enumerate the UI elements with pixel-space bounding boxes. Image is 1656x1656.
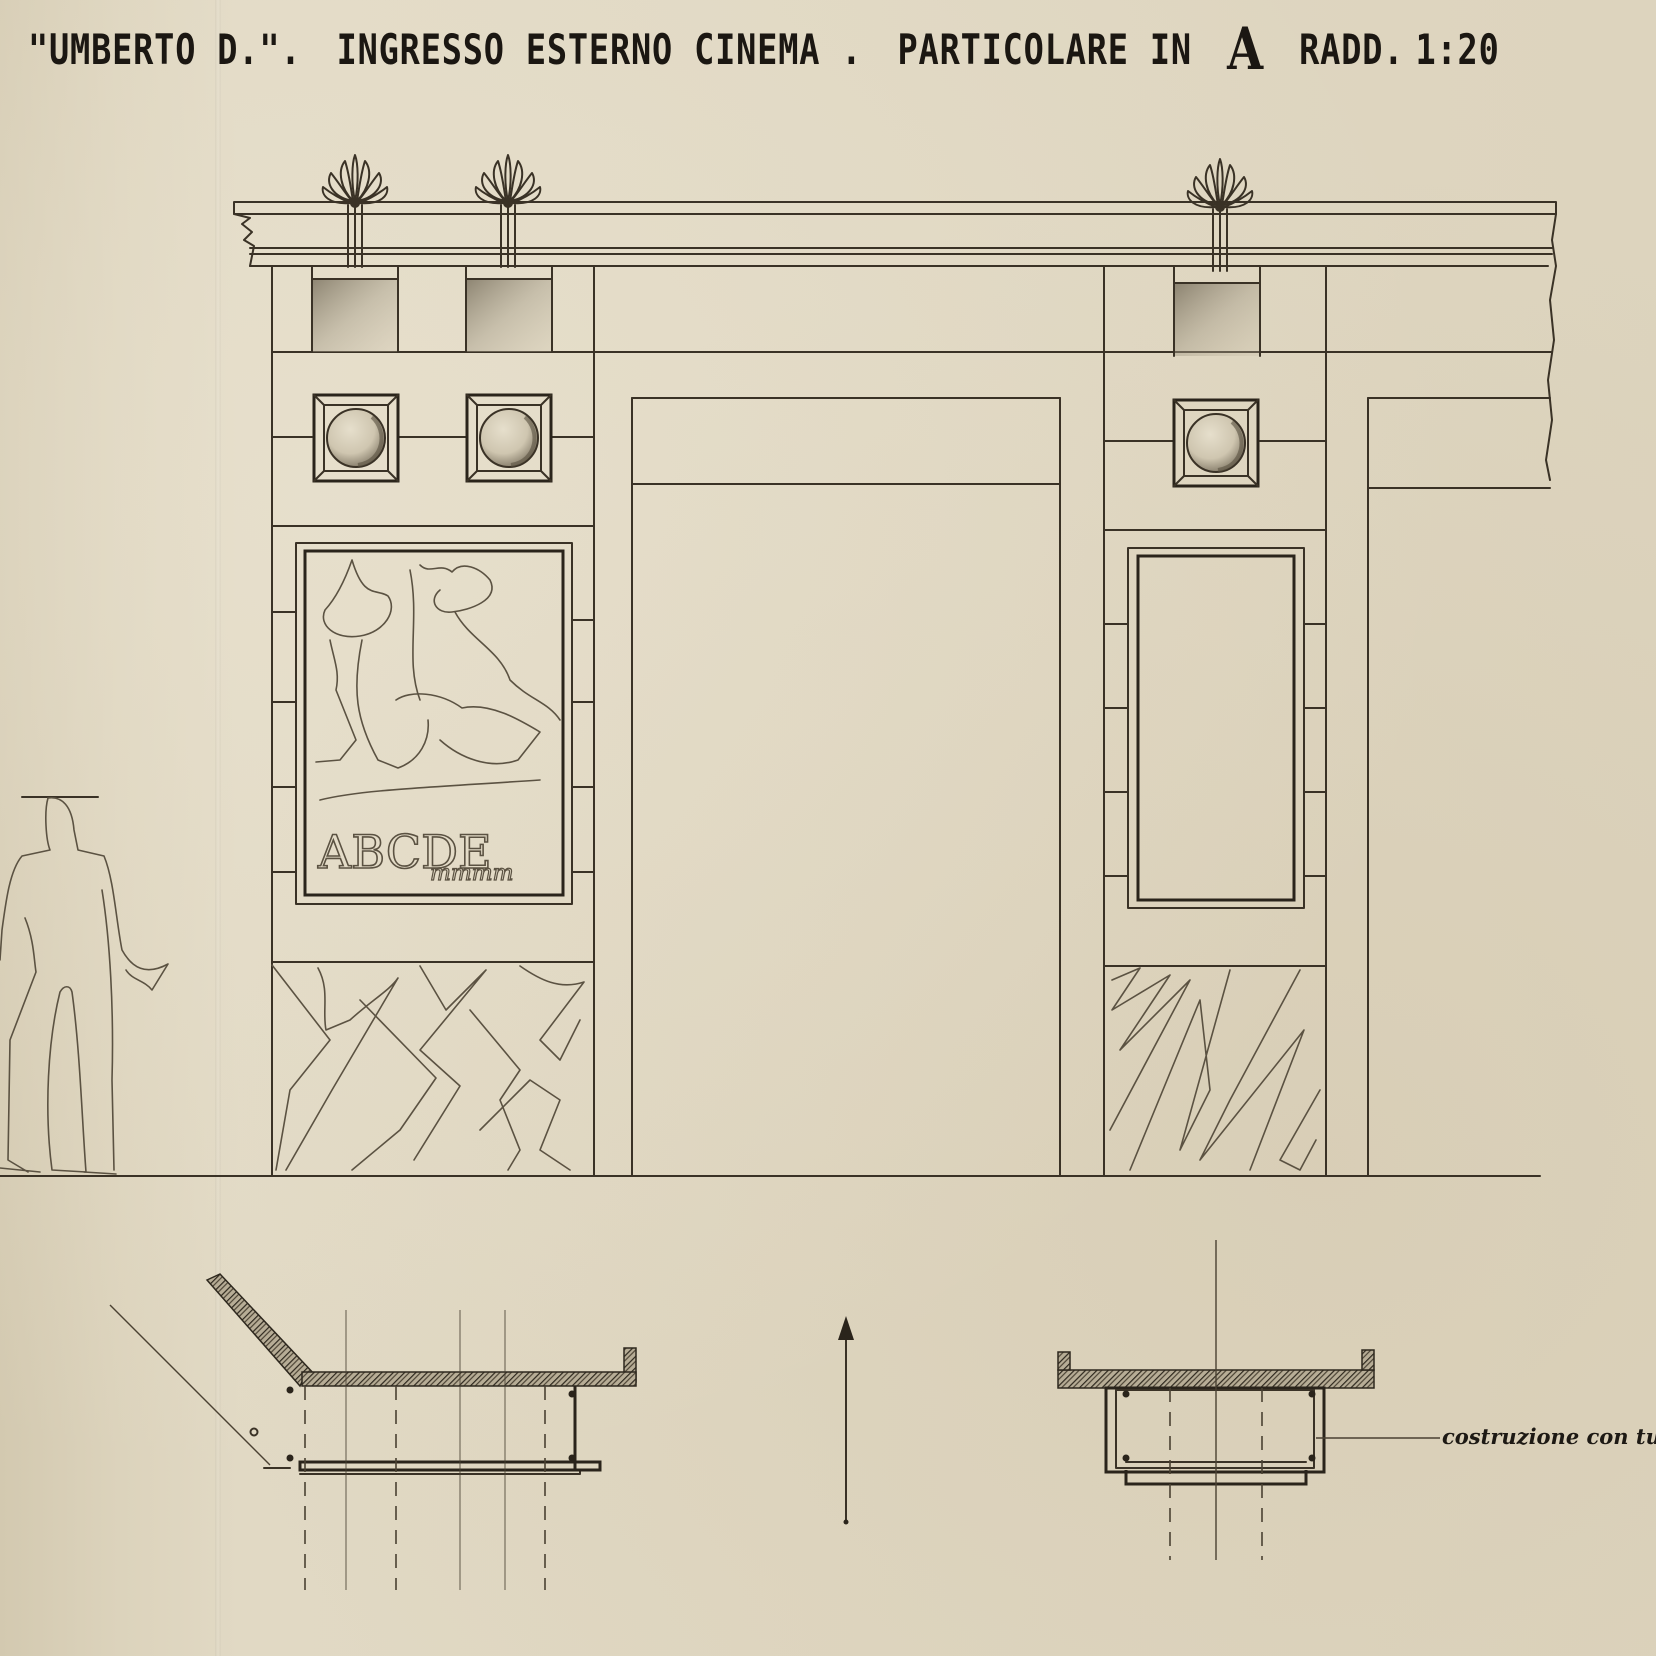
central-door-opening [632,398,1060,1176]
plan-section-right [1058,1240,1440,1560]
right-bay [1368,398,1550,1176]
medallion-icon [1174,400,1258,486]
palmette-finial-icon [323,155,388,267]
drawing-sheet: "UMBERTO D.". INGRESSO ESTERNO CINEMA . … [0,0,1656,1656]
cornice [234,202,1556,480]
elevation-and-plan-drawing: ABCDE mmmm [0,0,1656,1656]
section-arrow [838,1316,854,1525]
marble-base-left [272,962,594,1170]
human-figure-icon [0,797,168,1174]
left-pier [272,266,1552,1176]
poster-showcase: ABCDE mmmm [272,543,594,904]
medallion-icon [467,395,551,481]
right-pier [1104,266,1326,1176]
construction-note: costruzione con tubi [1442,1424,1656,1449]
poster-scribble: mmmm [430,861,513,886]
palmette-finial-icon [476,155,541,267]
medallion-icon [314,395,398,481]
plan-section-left [110,1274,636,1590]
